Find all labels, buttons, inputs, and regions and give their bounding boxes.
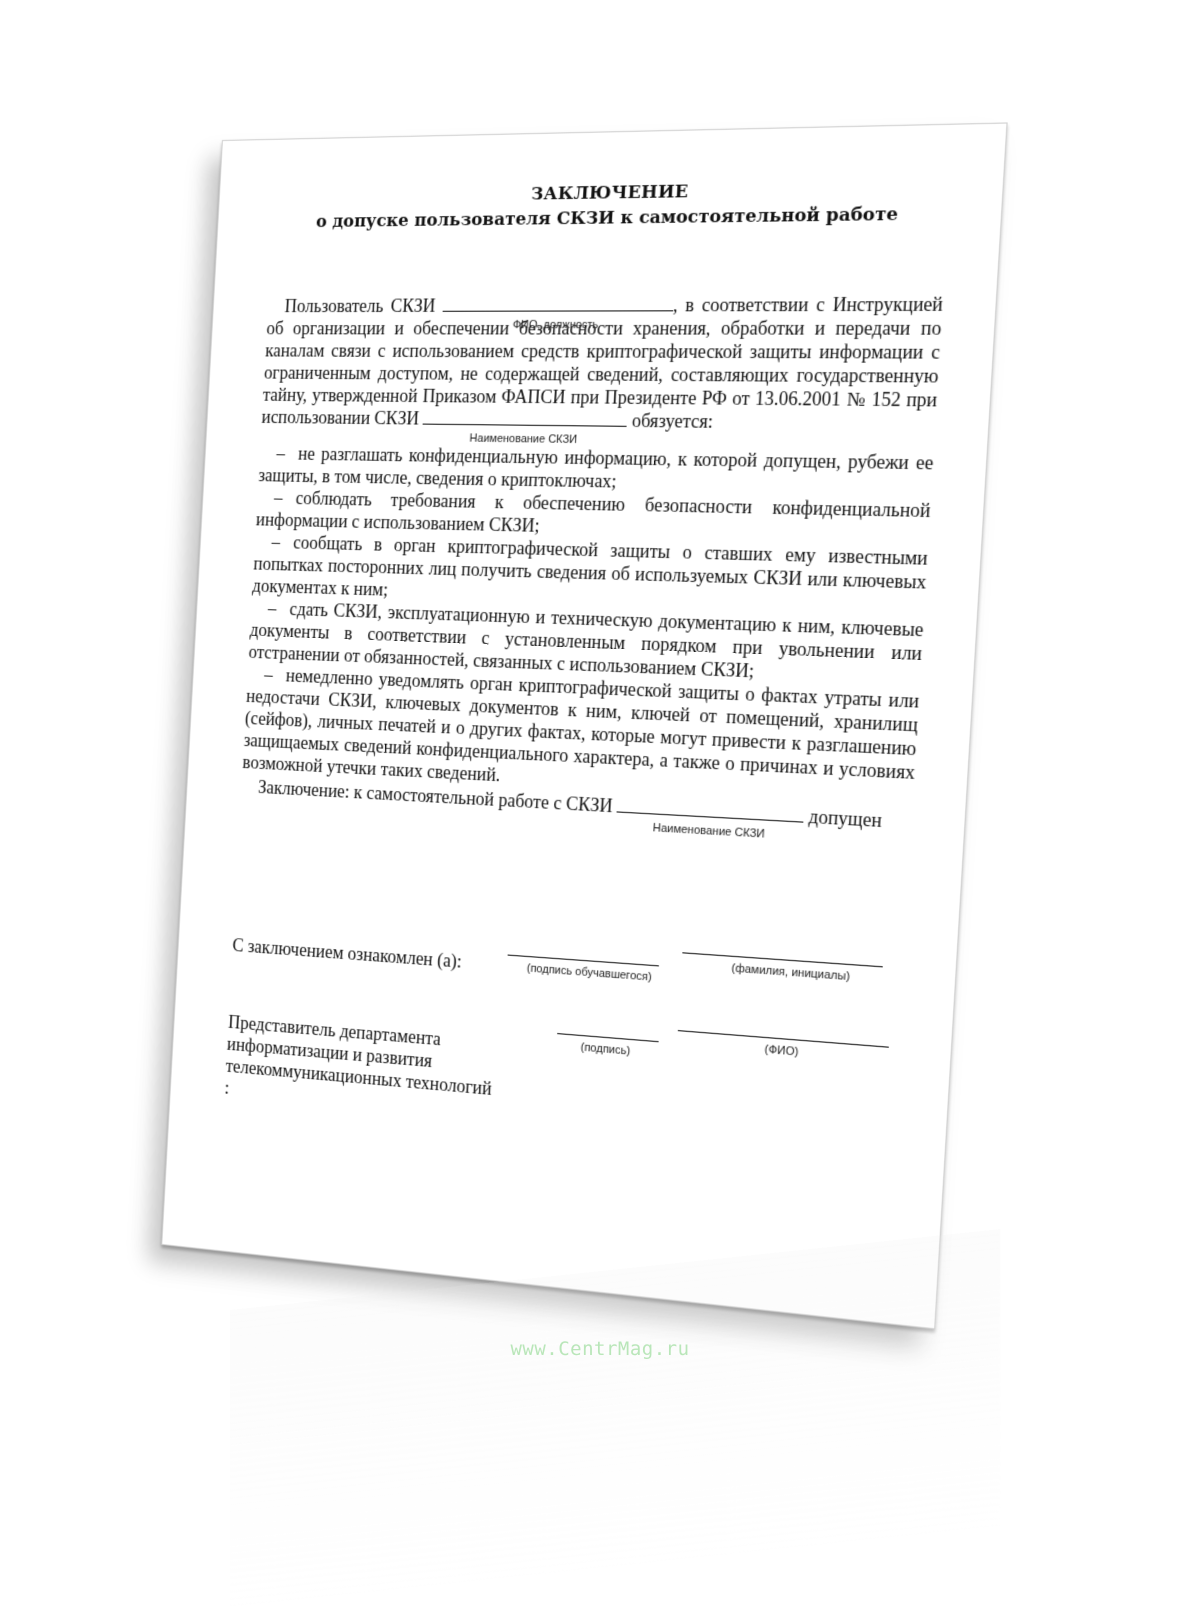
acknowledged-label: С заключением ознакомлен (а): [232,935,462,973]
watermark-text: www.CentrMag.ru [0,1338,1200,1360]
document-title: ЗАКЛЮЧЕНИЕ [292,177,950,208]
intro-paragraph: Пользователь СКЗИ ФИО, должность, в соот… [261,292,944,435]
student-name-hint: (фамилия, инициалы) [731,962,850,983]
representative-label: Представитель департамента информатизаци… [224,1011,497,1123]
representative-signature-line[interactable] [557,1033,658,1042]
obligations-list: –не разглашать конфиденциальную информац… [242,442,934,808]
intro-suffix: обязуется: [631,410,713,432]
document-sheet: ЗАКЛЮЧЕНИЕ о допуске пользователя СКЗИ к… [161,122,1007,1329]
skzi-name-hint: Наименование СКЗИ [469,427,578,451]
representative-signature-hint: (подпись) [580,1041,630,1058]
fio-blank-field[interactable]: ФИО, должность [442,296,673,312]
skzi-name-blank-field[interactable]: Наименование СКЗИ [423,409,628,427]
fio-hint: ФИО, должность [512,314,599,337]
intro-prefix: Пользователь СКЗИ [284,295,436,316]
conclusion-suffix: допущен [808,806,882,831]
document-subtitle: о допуске пользователя СКЗИ к самостояте… [272,203,949,232]
student-signature-hint: (подпись обучавшегося) [526,962,652,984]
conclusion-skzi-hint: Наименование СКЗИ [652,817,765,847]
representative-name-hint: (ФИО) [764,1043,799,1058]
signature-area: С заключением ознакомлен (а): (подпись о… [222,883,906,1196]
